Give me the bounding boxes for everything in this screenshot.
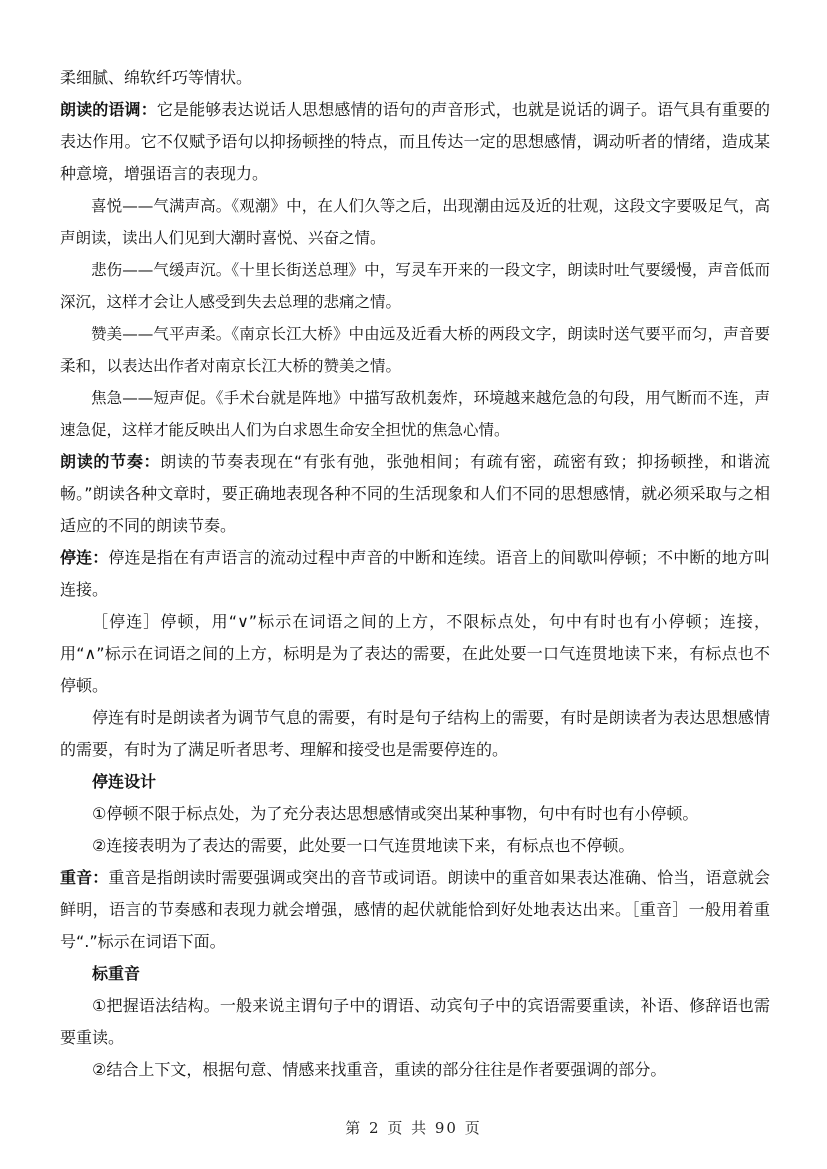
- example-joy: 喜悦——气满声高。《观潮》中，在人们久等之后，出现潮由远及近的壮观，这段文字要吸…: [60, 190, 770, 254]
- pause-reasons-paragraph: 停连有时是朗读者为调节气息的需要，有时是句子结构上的需要，有时是朗读者为表达思想…: [60, 702, 770, 766]
- intonation-term: 朗读的语调：: [60, 100, 157, 119]
- stress-text: 重音是指朗读时需要强调或突出的音节或词语。朗读中的重音如果表达准确、恰当，语意就…: [60, 868, 770, 951]
- pause-text: 停连是指在有声语言的流动过程中声音的中断和连续。语音上的间歇叫停顿；不中断的地方…: [60, 548, 770, 599]
- stress-paragraph: 重音：重音是指朗读时需要强调或突出的音节或词语。朗读中的重音如果表达准确、恰当，…: [60, 862, 770, 958]
- pause-marks-paragraph: ［停连］停顿，用“∨”标示在词语之间的上方，不限标点处，句中有时也有小停顿；连接…: [60, 606, 770, 702]
- page-footer-pagination: 第 2 页 共 90 页: [0, 1117, 827, 1138]
- intonation-text: 它是能够表达说话人思想感情的语句的声音形式，也就是说话的调子。语气具有重要的表达…: [60, 100, 770, 183]
- continuation-paragraph: 柔细腻、绵软纤巧等情状。: [60, 62, 770, 94]
- document-page: 柔细腻、绵软纤巧等情状。 朗读的语调：它是能够表达说话人思想感情的语句的声音形式…: [60, 62, 770, 1086]
- pause-design-heading: 停连设计: [60, 766, 770, 798]
- rhythm-paragraph: 朗读的节奏：朗读的节奏表现在“有张有弛，张弛相间；有疏有密，疏密有致；抑扬顿挫，…: [60, 446, 770, 542]
- intonation-paragraph: 朗读的语调：它是能够表达说话人思想感情的语句的声音形式，也就是说话的调子。语气具…: [60, 94, 770, 190]
- example-anxiety: 焦急——短声促。《手术台就是阵地》中描写敌机轰炸，环境越来越危急的句段，用气断而…: [60, 382, 770, 446]
- stress-mark-item-2: ②结合上下文，根据句意、情感来找重音，重读的部分往往是作者要强调的部分。: [60, 1054, 770, 1086]
- pause-design-item-2: ②连接表明为了表达的需要，此处要一口气连贯地读下来，有标点也不停顿。: [60, 830, 770, 862]
- pause-design-item-1: ①停顿不限于标点处，为了充分表达思想感情或突出某种事物，句中有时也有小停顿。: [60, 798, 770, 830]
- stress-mark-item-1: ①把握语法结构。一般来说主谓句子中的谓语、动宾句子中的宾语需要重读，补语、修辞语…: [60, 990, 770, 1054]
- example-sorrow: 悲伤——气缓声沉。《十里长街送总理》中，写灵车开来的一段文字，朗读时吐气要缓慢，…: [60, 254, 770, 318]
- pause-term: 停连：: [60, 548, 108, 567]
- stress-mark-heading: 标重音: [60, 958, 770, 990]
- pause-paragraph: 停连：停连是指在有声语言的流动过程中声音的中断和连续。语音上的间歇叫停顿；不中断…: [60, 542, 770, 606]
- example-praise: 赞美——气平声柔。《南京长江大桥》中由远及近看大桥的两段文字，朗读时送气要平而匀…: [60, 318, 770, 382]
- stress-term: 重音：: [60, 868, 108, 887]
- rhythm-term: 朗读的节奏：: [60, 452, 160, 471]
- rhythm-text: 朗读的节奏表现在“有张有弛，张弛相间；有疏有密，疏密有致；抑扬顿挫，和谐流畅。”…: [60, 452, 770, 535]
